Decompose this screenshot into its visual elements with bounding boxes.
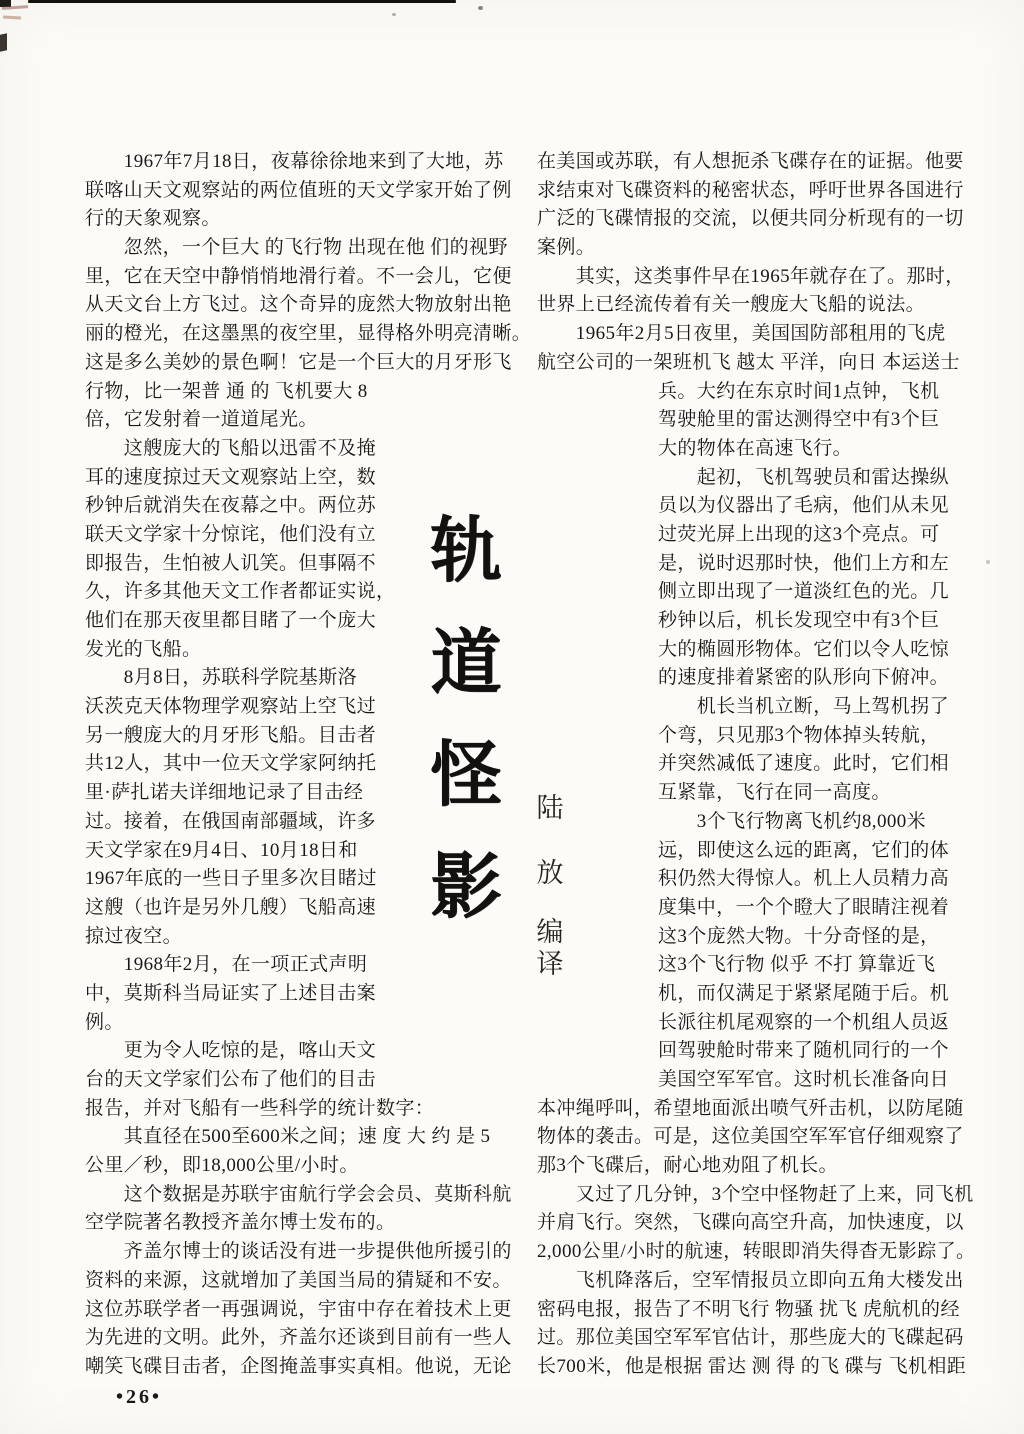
text-line: 物体的袭击。可是，这位美国空军军官仔细观察了 <box>537 1123 941 1152</box>
title-character: 轨 <box>430 510 501 590</box>
text-line: 员以为仪器出了毛病，他们从未见 <box>658 492 941 521</box>
article-title-vertical: 轨道怪影 <box>424 510 508 926</box>
text-line: 又过了几分钟，3个空中怪物赶了上来，同飞机 <box>537 1181 941 1210</box>
text-line: 是，说时迟那时快，他们上方和左 <box>658 550 941 579</box>
scan-artifact-top-line <box>28 0 456 3</box>
text-line: 空学院著名教授齐盖尔博士发布的。 <box>85 1209 511 1238</box>
text-line: 行物，比一架普 通 的 飞机要大 8 <box>85 378 511 407</box>
text-line: 其直径在500至600米之间；速 度 大 约 是 5 <box>85 1123 511 1152</box>
text-line: 机长当机立断，马上驾机拐了 <box>658 693 941 722</box>
text-line: 公里／秒，即18,000公里/小时。 <box>85 1152 511 1181</box>
text-line: 从天文台上方飞过。这个奇异的庞然大物放射出艳 <box>85 291 511 320</box>
text-line: 联喀山天文观察站的两位值班的天文学家开始了例 <box>85 177 511 206</box>
text-line: 1967年7月18日，夜幕徐徐地来到了大地，苏 <box>85 148 511 177</box>
text-line: 那3个飞碟后，耐心地劝阻了机长。 <box>537 1152 941 1181</box>
text-line: 并突然减低了速度。此时，它们相 <box>658 750 941 779</box>
text-line: 大的物体在高速飞行。 <box>658 435 941 464</box>
text-line: 这艘庞大的飞船以迅雷不及掩 <box>85 435 511 464</box>
text-line: 驾驶舱里的雷达测得空中有3个巨 <box>658 406 941 435</box>
text-line: 求结束对飞碟资料的秘密状态，呼吁世界各国进行 <box>537 177 941 206</box>
text-line: 世界上已经流传着有关一艘庞大飞船的说法。 <box>537 291 941 320</box>
text-line: 嘲笑飞碟目击者，企图掩盖事实真相。他说，无论 <box>85 1353 511 1382</box>
title-character: 怪 <box>430 734 501 814</box>
text-line: 这3个飞行物 似乎 不打 算靠近飞 <box>658 951 941 980</box>
text-line: 资料的来源，这就增加了美国当局的猜疑和不安。 <box>85 1267 511 1296</box>
text-line: 度集中，一个个瞪大了眼睛注视着 <box>658 894 941 923</box>
text-line: 更为令人吃惊的是，喀山天文 <box>85 1037 511 1066</box>
text-line: 个弯，只见那3个物体掉头转航， <box>658 722 941 751</box>
text-line: 互紧靠，飞行在同一高度。 <box>658 779 941 808</box>
text-line: 起初，飞机驾驶员和雷达操纵 <box>658 464 941 493</box>
text-line: 案例。 <box>537 234 941 263</box>
text-line: 报告，并对飞船有一些科学的统计数字： <box>85 1095 511 1124</box>
text-line: 长派往机尾观察的一个机组人员返 <box>658 1009 941 1038</box>
text-line: 积仍然大得惊人。机上人员精力高 <box>658 865 941 894</box>
text-line: 2,000公里/小时的航速，转眼即消失得杳无影踪了。 <box>537 1238 941 1267</box>
text-line: 台的天文学家们公布了他们的目击 <box>85 1066 511 1095</box>
text-line: 远，即使这么远的距离，它们的体 <box>658 837 941 866</box>
text-line: 大的椭圆形物体。它们以令人吃惊 <box>658 636 941 665</box>
title-character: 道 <box>430 622 501 702</box>
text-line: 本冲绳呼叫，希望地面派出喷气歼击机，以防尾随 <box>537 1095 941 1124</box>
scan-speck <box>392 13 396 16</box>
text-line: 1965年2月5日夜里，美国国防部租用的飞虎 <box>537 320 941 349</box>
right-text-column: 在美国或苏联，有人想扼杀飞碟存在的证据。他要求结束对飞碟资料的秘密状态，呼吁世界… <box>537 148 941 1382</box>
text-line: 耳的速度掠过天文观察站上空，数 <box>85 464 511 493</box>
text-line: 兵。大约在东京时间1点钟，飞机 <box>658 378 941 407</box>
text-line: 其实，这类事件早在1965年就存在了。那时， <box>537 263 941 292</box>
text-line: 齐盖尔博士的谈话没有进一步提供他所援引的 <box>85 1238 511 1267</box>
text-line: 秒钟以后，机长发现空中有3个巨 <box>658 607 941 636</box>
text-line: 行的天象观察。 <box>85 205 511 234</box>
text-line: 广泛的飞碟情报的交流，以便共同分析现有的一切 <box>537 205 941 234</box>
page-number: •26• <box>116 1386 162 1409</box>
text-line: 长700米，他是根据 雷达 测 得 的飞 碟与 飞机相距 <box>537 1353 941 1382</box>
text-line: 1968年2月，在一项正式声明 <box>85 951 511 980</box>
scan-artifact-red-stroke <box>2 5 28 10</box>
scan-speck <box>986 560 990 564</box>
text-line: 飞机降落后，空军情报员立即向五角大楼发出 <box>537 1267 941 1296</box>
text-line: 这位苏联学者一再强调说，宇宙中存在着技术上更 <box>85 1296 511 1325</box>
text-line: 中，莫斯科当局证实了上述目击案 <box>85 980 511 1009</box>
text-line: 密码电报，报告了不明飞行 物骚 扰飞 虎航机的经 <box>537 1296 941 1325</box>
title-character: 影 <box>430 846 501 926</box>
text-line: 忽然，一个巨大 的飞行物 出现在他 们的视野 <box>85 234 511 263</box>
text-line: 在美国或苏联，有人想扼杀飞碟存在的证据。他要 <box>537 148 941 177</box>
text-line: 3个飞行物离飞机约8,000米 <box>658 808 941 837</box>
text-line: 这是多么美妙的景色啊！它是一个巨大的月牙形飞 <box>85 349 511 378</box>
scan-artifact-red-stroke <box>3 16 21 20</box>
text-line: 例。 <box>85 1009 511 1038</box>
text-line: 过。那位美国空军军官估计，那些庞大的飞碟起码 <box>537 1324 941 1353</box>
text-line: 里，它在天空中静悄悄地滑行着。不一会儿，它便 <box>85 263 511 292</box>
text-line: 回驾驶舱时带来了随机同行的一个 <box>658 1037 941 1066</box>
magazine-page: 1967年7月18日，夜幕徐徐地来到了大地，苏联喀山天文观察站的两位值班的天文学… <box>0 0 1024 1434</box>
text-line: 丽的橙光，在这墨黑的夜空里，显得格外明亮清晰。 <box>85 320 511 349</box>
text-line: 这个数据是苏联宇宙航行学会会员、莫斯科航 <box>85 1181 511 1210</box>
text-line: 机，而仅满足于紧紧尾随于后。机 <box>658 980 941 1009</box>
scan-speck <box>478 6 483 10</box>
text-line: 美国空军军官。这时机长准备向日 <box>658 1066 941 1095</box>
text-line: 这3个庞然大物。十分奇怪的是， <box>658 923 941 952</box>
text-line: 航空公司的一架班机飞 越太 平洋，向日 本运送士 <box>537 349 941 378</box>
text-line: 倍，它发射着一道道尾光。 <box>85 406 511 435</box>
text-line: 为先进的文明。此外，齐盖尔还谈到目前有一些人 <box>85 1324 511 1353</box>
scan-artifact-edge-mark <box>0 33 7 51</box>
text-line: 并肩飞行。突然，飞碟向高空升高，加快速度，以 <box>537 1209 941 1238</box>
text-line: 侧立即出现了一道淡红色的光。几 <box>658 578 941 607</box>
text-line: 过荧光屏上出现的这3个亮点。可 <box>658 521 941 550</box>
text-line: 的速度排着紧密的队形向下俯冲。 <box>658 664 941 693</box>
